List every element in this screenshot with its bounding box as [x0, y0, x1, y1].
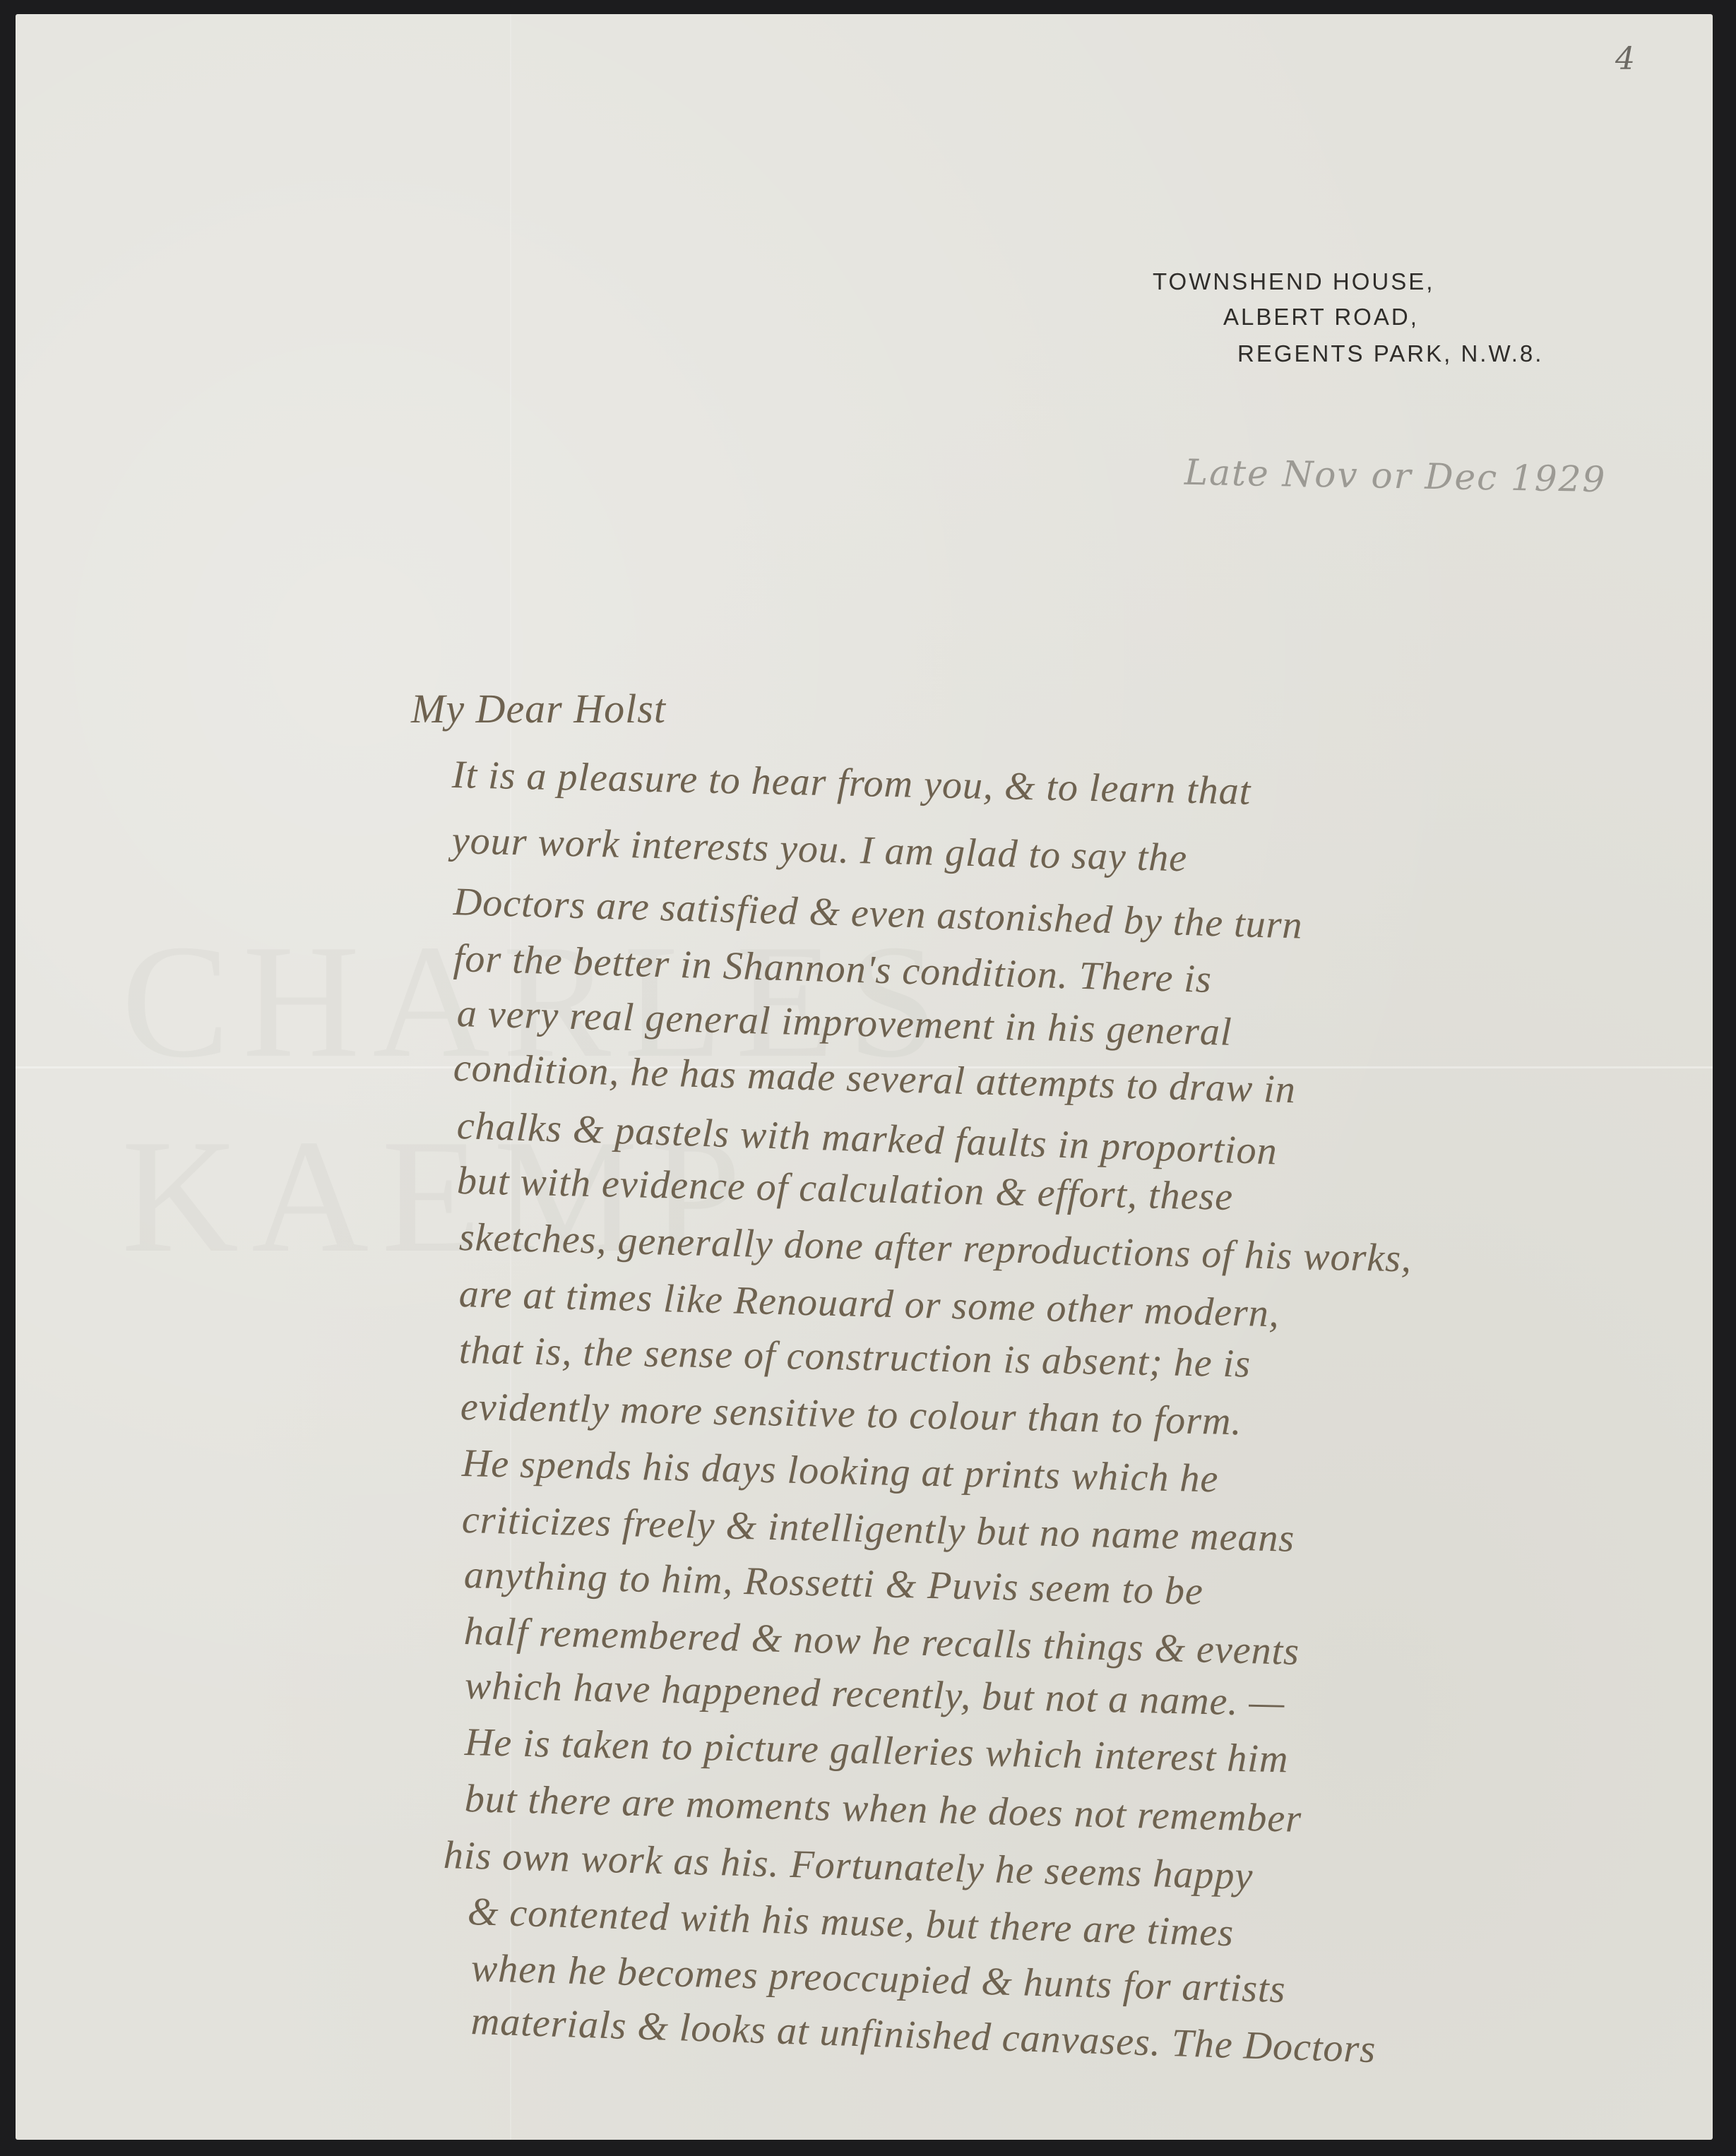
body-line: half remembered & now he recalls things …: [463, 1609, 1300, 1674]
pencil-date-annotation: Late Nov or Dec 1929: [1184, 452, 1607, 500]
body-line: criticizes freely & intelligently but no…: [461, 1497, 1295, 1561]
letterhead-line-3: REGENTS PARK, N.W.8.: [1237, 340, 1543, 367]
body-line: but there are moments when he does not r…: [464, 1776, 1302, 1842]
letterhead-line-2: ALBERT ROAD,: [1223, 304, 1419, 330]
body-line: It is a pleasure to hear from you, & to …: [451, 752, 1252, 814]
body-line: his own work as his. Fortunately he seem…: [443, 1833, 1254, 1899]
body-line: anything to him, Rossetti & Puvis seem t…: [463, 1552, 1203, 1614]
body-line: He spends his days looking at prints whi…: [461, 1441, 1219, 1501]
body-line: that is, the sense of construction is ab…: [458, 1328, 1251, 1387]
body-line: He is taken to picture galleries which i…: [464, 1720, 1289, 1782]
body-line: evidently more sensitive to colour than …: [460, 1384, 1242, 1444]
page-number: 4: [1615, 41, 1635, 77]
body-line: which have happened recently, but not a …: [464, 1663, 1285, 1725]
letter-page: CHARLES KAEMP 4 TOWNSHEND HOUSE, ALBERT …: [16, 14, 1713, 2140]
body-line: are at times like Renouard or some other…: [458, 1271, 1280, 1336]
body-line: & contented with his muse, but there are…: [467, 1889, 1235, 1955]
salutation: My Dear Holst: [411, 685, 666, 732]
body-line: your work interests you. I am glad to sa…: [451, 818, 1188, 881]
letterhead-line-1: TOWNSHEND HOUSE,: [1153, 268, 1434, 295]
